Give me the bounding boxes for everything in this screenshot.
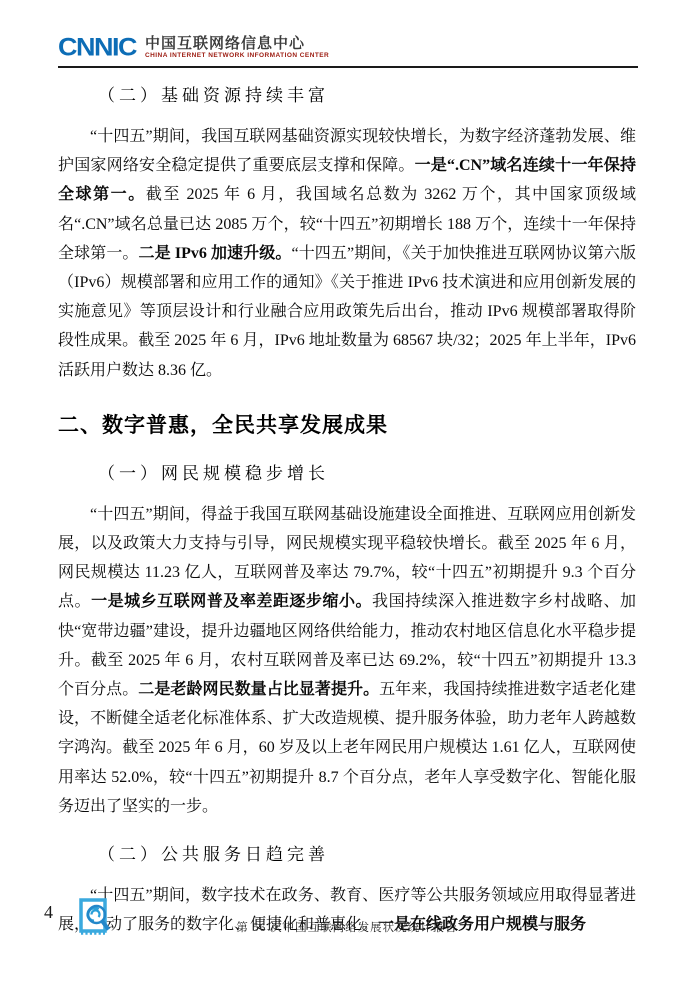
page-footer: 4 第 56 次中国互联网络发展状况统计报告 (0, 893, 694, 953)
paragraph: “十四五”期间，我国互联网基础资源实现较快增长，为数字经济蓬勃发展、维护国家网络… (58, 122, 636, 385)
org-names: 中国互联网络信息中心 CHINA INTERNET NETWORK INFORM… (145, 34, 329, 60)
cnnic-wordmark: CNNIC (58, 35, 136, 59)
paragraph: “十四五”期间，得益于我国互联网基础设施建设全面推进、互联网应用创新发展，以及政… (58, 500, 636, 821)
section-subheading: （一）网民规模稳步增长 (58, 462, 636, 486)
bold-text-run: 二是老龄网民数量占比显著提升。 (138, 681, 379, 698)
bold-text-run: 一是城乡互联网普及率差距逐步缩小。 (91, 593, 372, 610)
section-subheading: （二）公共服务日趋完善 (58, 843, 636, 867)
document-content: （二）基础资源持续丰富“十四五”期间，我国互联网基础资源实现较快增长，为数字经济… (58, 84, 636, 947)
page-header: CNNIC 中国互联网络信息中心 CHINA INTERNET NETWORK … (58, 34, 638, 60)
text-run: 五年来，我国持续推进数字适老化建设，不断健全适老化标准体系、扩大改造规模、提升服… (58, 681, 636, 815)
bold-text-run: 二是 IPv6 加速升级。 (139, 245, 292, 262)
section-subheading: （二）基础资源持续丰富 (58, 84, 636, 108)
text-run: “十四五”期间，《关于加快推进互联网协议第六版（IPv6）规模部署和应用工作的通… (58, 245, 636, 379)
org-name-en: CHINA INTERNET NETWORK INFORMATION CENTE… (145, 52, 329, 60)
org-name-cn: 中国互联网络信息中心 (145, 36, 329, 52)
report-title: 第 56 次中国互联网络发展状况统计报告 (0, 919, 694, 935)
header-rule (58, 66, 638, 68)
report-page: CNNIC 中国互联网络信息中心 CHINA INTERNET NETWORK … (0, 0, 694, 982)
cnnic-logo: CNNIC 中国互联网络信息中心 CHINA INTERNET NETWORK … (58, 34, 638, 60)
chapter-heading: 二、数字普惠，全民共享发展成果 (58, 412, 636, 440)
